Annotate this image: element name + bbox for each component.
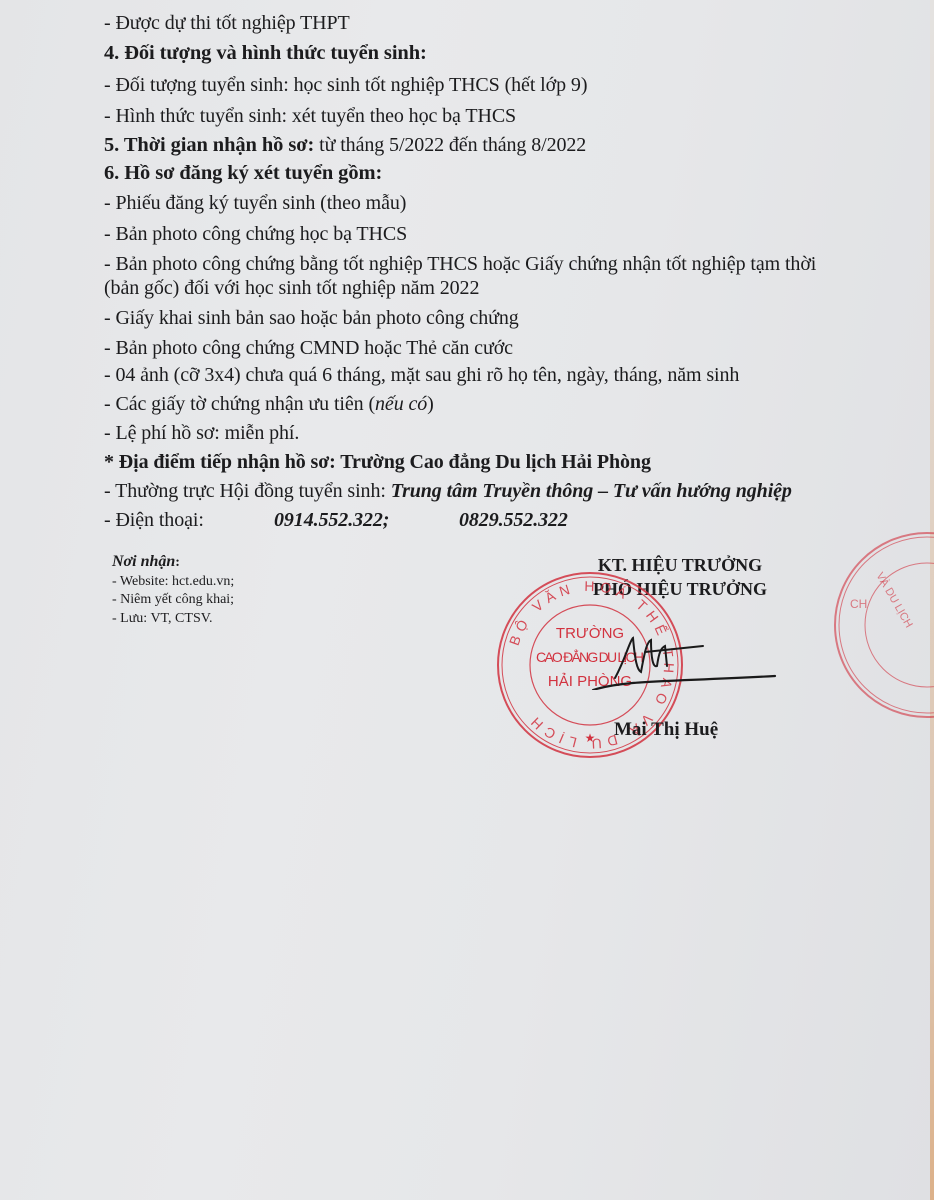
doc-item-id-card: - Bản photo công chứng CMND hoặc Thẻ căn… [104, 337, 513, 360]
recipient-item: - Lưu: VT, CTSV. [112, 610, 234, 629]
council-value: Trung tâm Truyền thông – Tư vấn hướng ng… [391, 480, 792, 502]
section-6-heading: 6. Hồ sơ đăng ký xét tuyển gồm: [104, 162, 382, 185]
svg-text:VÀ DU LỊCH: VÀ DU LỊCH [873, 570, 915, 630]
doc-item-birth-cert: - Giấy khai sinh bản sao hoặc bản photo … [104, 307, 519, 330]
priority-end: ) [427, 393, 434, 415]
council-line: - Thường trực Hội đồng tuyển sinh: Trung… [104, 480, 792, 503]
council-label: - Thường trực Hội đồng tuyển sinh: [104, 480, 391, 502]
svg-text:CH: CH [850, 597, 867, 611]
svg-text:★: ★ [585, 731, 596, 745]
line-admission-method: - Hình thức tuyển sinh: xét tuyển theo h… [104, 105, 516, 128]
section-5-label: 5. Thời gian nhận hồ sơ: [104, 134, 314, 156]
phone-number-1: 0914.552.322; [274, 509, 389, 532]
priority-text: - Các giấy tờ chứng nhận ưu tiên ( [104, 393, 375, 415]
doc-item-fee: - Lệ phí hồ sơ: miễn phí. [104, 422, 299, 445]
priority-italic: nếu có [375, 393, 427, 415]
section-5-value: từ tháng 5/2022 đến tháng 8/2022 [314, 134, 586, 156]
recipient-item: - Niêm yết công khai; [112, 591, 234, 610]
phone-number-2: 0829.552.322 [459, 509, 568, 532]
doc-item-form: - Phiếu đăng ký tuyển sinh (theo mẫu) [104, 192, 406, 215]
section-5-heading: 5. Thời gian nhận hồ sơ: từ tháng 5/2022… [104, 134, 586, 157]
phone-label: - Điện thoại: [104, 509, 204, 531]
handwritten-signature-icon [585, 630, 785, 690]
partial-seal-icon: VÀ DU LỊCH CH [832, 530, 934, 720]
doc-item-diploma: - Bản photo công chứng bằng tốt nghiệp T… [104, 253, 816, 276]
line-exam-eligibility: - Được dự thi tốt nghiệp THPT [104, 12, 350, 35]
doc-item-priority: - Các giấy tờ chứng nhận ưu tiên (nếu có… [104, 393, 434, 416]
submission-location: * Địa điểm tiếp nhận hồ sơ: Trường Cao đ… [104, 451, 651, 474]
section-4-heading: 4. Đối tượng và hình thức tuyển sinh: [104, 42, 427, 65]
phone-line: - Điện thoại: 0914.552.322; 0829.552.322 [104, 509, 204, 532]
doc-item-diploma-cont: (bản gốc) đối với học sinh tốt nghiệp nă… [104, 277, 479, 300]
recipients-title-text: Nơi nhận [112, 553, 175, 570]
recipient-item: - Website: hct.edu.vn; [112, 573, 234, 592]
recipients-colon: : [175, 555, 180, 570]
signer-name: Mai Thị Huệ [614, 719, 718, 741]
doc-item-photos: - 04 ảnh (cỡ 3x4) chưa quá 6 tháng, mặt … [104, 364, 739, 387]
recipients-block: Nơi nhận: - Website: hct.edu.vn; - Niêm … [112, 553, 234, 628]
doc-item-transcript: - Bản photo công chứng học bạ THCS [104, 223, 407, 246]
line-target-students: - Đối tượng tuyển sinh: học sinh tốt ngh… [104, 74, 587, 97]
recipients-title: Nơi nhận: [112, 553, 234, 573]
